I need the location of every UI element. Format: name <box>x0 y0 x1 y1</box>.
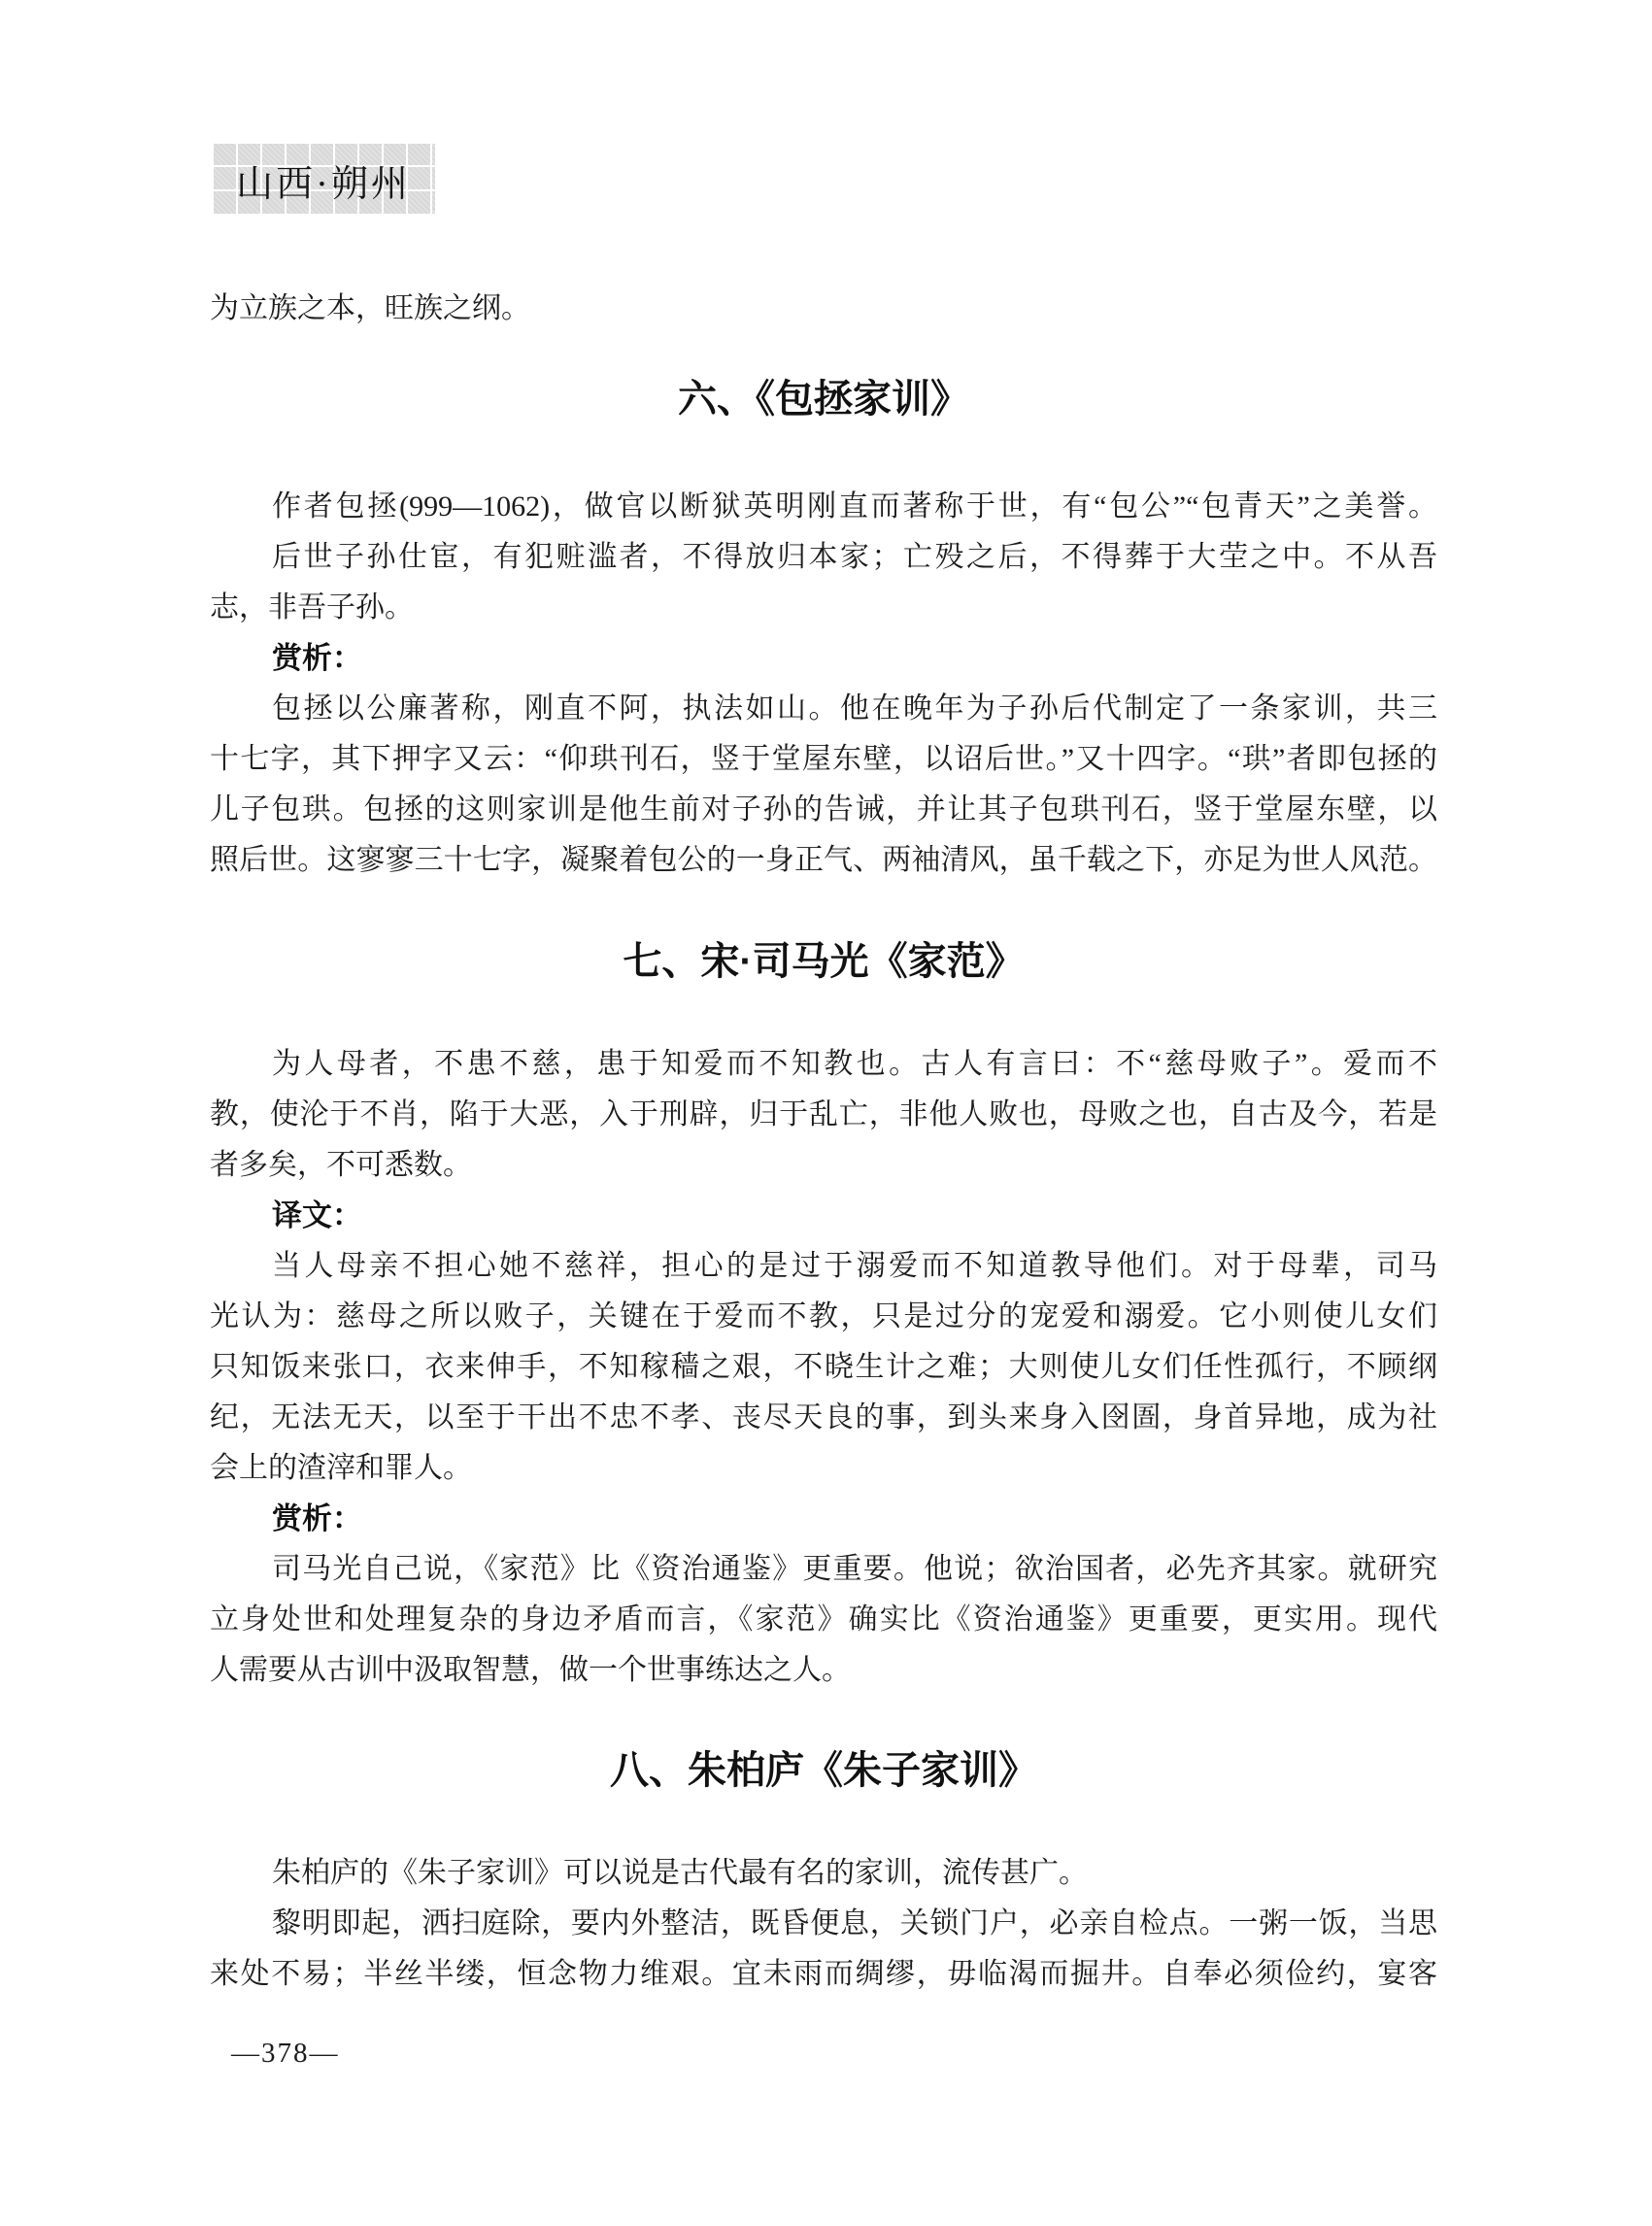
text-line: 后世子孙仕宦，有犯赃滥者，不得放归本家；亡殁之后，不得葬于大茔之中。不从吾 <box>210 532 1437 583</box>
section-heading: 六、《包拯家训》 <box>210 372 1437 426</box>
text-line: 为立族之本，旺族之纲。 <box>210 284 1437 334</box>
text-line: 朱柏庐的《朱子家训》可以说是古代最有名的家训，流传甚广。 <box>210 1848 1437 1899</box>
text-line: 来处不易；半丝半缕，恒念物力维艰。宜未雨而绸缪，毋临渴而掘井。自奉必须俭约，宴客 <box>210 1949 1437 2000</box>
text-line: 为人母者，不患不慈，患于知爱而不知教也。古人有言曰：不“慈母败子”。爱而不 <box>210 1039 1437 1090</box>
text-line: 教，使沦于不肖，陷于大恶，入于刑辟，归于乱亡，非他人败也，母败之也，自古及今，若… <box>210 1090 1437 1140</box>
text-line: 儿子包珙。包拯的这则家训是他生前对子孙的告诫，并让其子包珙刊石，竖于堂屋东壁，以 <box>210 785 1437 835</box>
book-page: 山西·朔州 为立族之本，旺族之纲。 六、《包拯家训》 作者包拯(999—1062… <box>0 0 1652 2226</box>
text-line: 照后世。这寥寥三十七字，凝聚着包公的一身正气、两袖清风，虽千载之下，亦足为世人风… <box>210 835 1437 886</box>
text-line: 人需要从古训中汲取智慧，做一个世事练达之人。 <box>210 1645 1437 1696</box>
intro-paragraph: 为立族之本，旺族之纲。 <box>210 284 1437 334</box>
text-line: 司马光自己说，《家范》比《资治通鉴》更重要。他说；欲治国者，必先齐其家。就研究 <box>210 1544 1437 1595</box>
section-heading: 八、朱柏庐《朱子家训》 <box>210 1743 1437 1798</box>
region-badge-label: 山西·朔州 <box>236 153 411 207</box>
text-line: 纪，无法无天，以至于干出不忠不孝、丧尽天良的事，到头来身入囹圄，身首异地，成为社 <box>210 1393 1437 1443</box>
text-line: 黎明即起，洒扫庭除，要内外整洁，既昏便息，关锁门户，必亲自检点。一粥一饭，当思 <box>210 1899 1437 1949</box>
translation-label: 译文： <box>210 1191 1437 1241</box>
text-line: 者多矣，不可悉数。 <box>210 1140 1437 1191</box>
text-line: 志，非吾子孙。 <box>210 583 1437 633</box>
text-line: 包拯以公廉著称，刚直不阿，执法如山。他在晚年为子孙后代制定了一条家训，共三 <box>210 684 1437 734</box>
text-line: 十七字，其下押字又云：“仰珙刊石，竖于堂屋东壁，以诏后世。”又十四字。“珙”者即… <box>210 734 1437 785</box>
section-seven-body: 为人母者，不患不慈，患于知爱而不知教也。古人有言曰：不“慈母败子”。爱而不 教，… <box>210 1039 1437 1696</box>
page-number: —378— <box>231 2038 340 2070</box>
region-badge: 山西·朔州 <box>212 144 435 216</box>
analysis-label: 赏析： <box>210 1494 1437 1544</box>
text-line: 光认为：慈母之所以败子，关键在于爱而不教，只是过分的宠爱和溺爱。它小则使儿女们 <box>210 1292 1437 1342</box>
text-line: 作者包拯(999—1062)，做官以断狱英明刚直而著称于世，有“包公”“包青天”… <box>210 482 1437 532</box>
text-line: 会上的渣滓和罪人。 <box>210 1443 1437 1494</box>
section-eight-body: 朱柏庐的《朱子家训》可以说是古代最有名的家训，流传甚广。 黎明即起，洒扫庭除，要… <box>210 1848 1437 2000</box>
section-heading: 七、宋·司马光《家范》 <box>210 934 1437 989</box>
text-line: 当人母亲不担心她不慈祥，担心的是过于溺爱而不知道教导他们。对于母辈，司马 <box>210 1241 1437 1292</box>
text-line: 立身处世和处理复杂的身边矛盾而言，《家范》确实比《资治通鉴》更重要，更实用。现代 <box>210 1595 1437 1645</box>
text-line: 只知饭来张口，衣来伸手，不知稼穑之艰，不晓生计之难；大则使儿女们任性孤行，不顾纲 <box>210 1342 1437 1393</box>
section-six-body: 作者包拯(999—1062)，做官以断狱英明刚直而著称于世，有“包公”“包青天”… <box>210 482 1437 886</box>
analysis-label: 赏析： <box>210 633 1437 684</box>
